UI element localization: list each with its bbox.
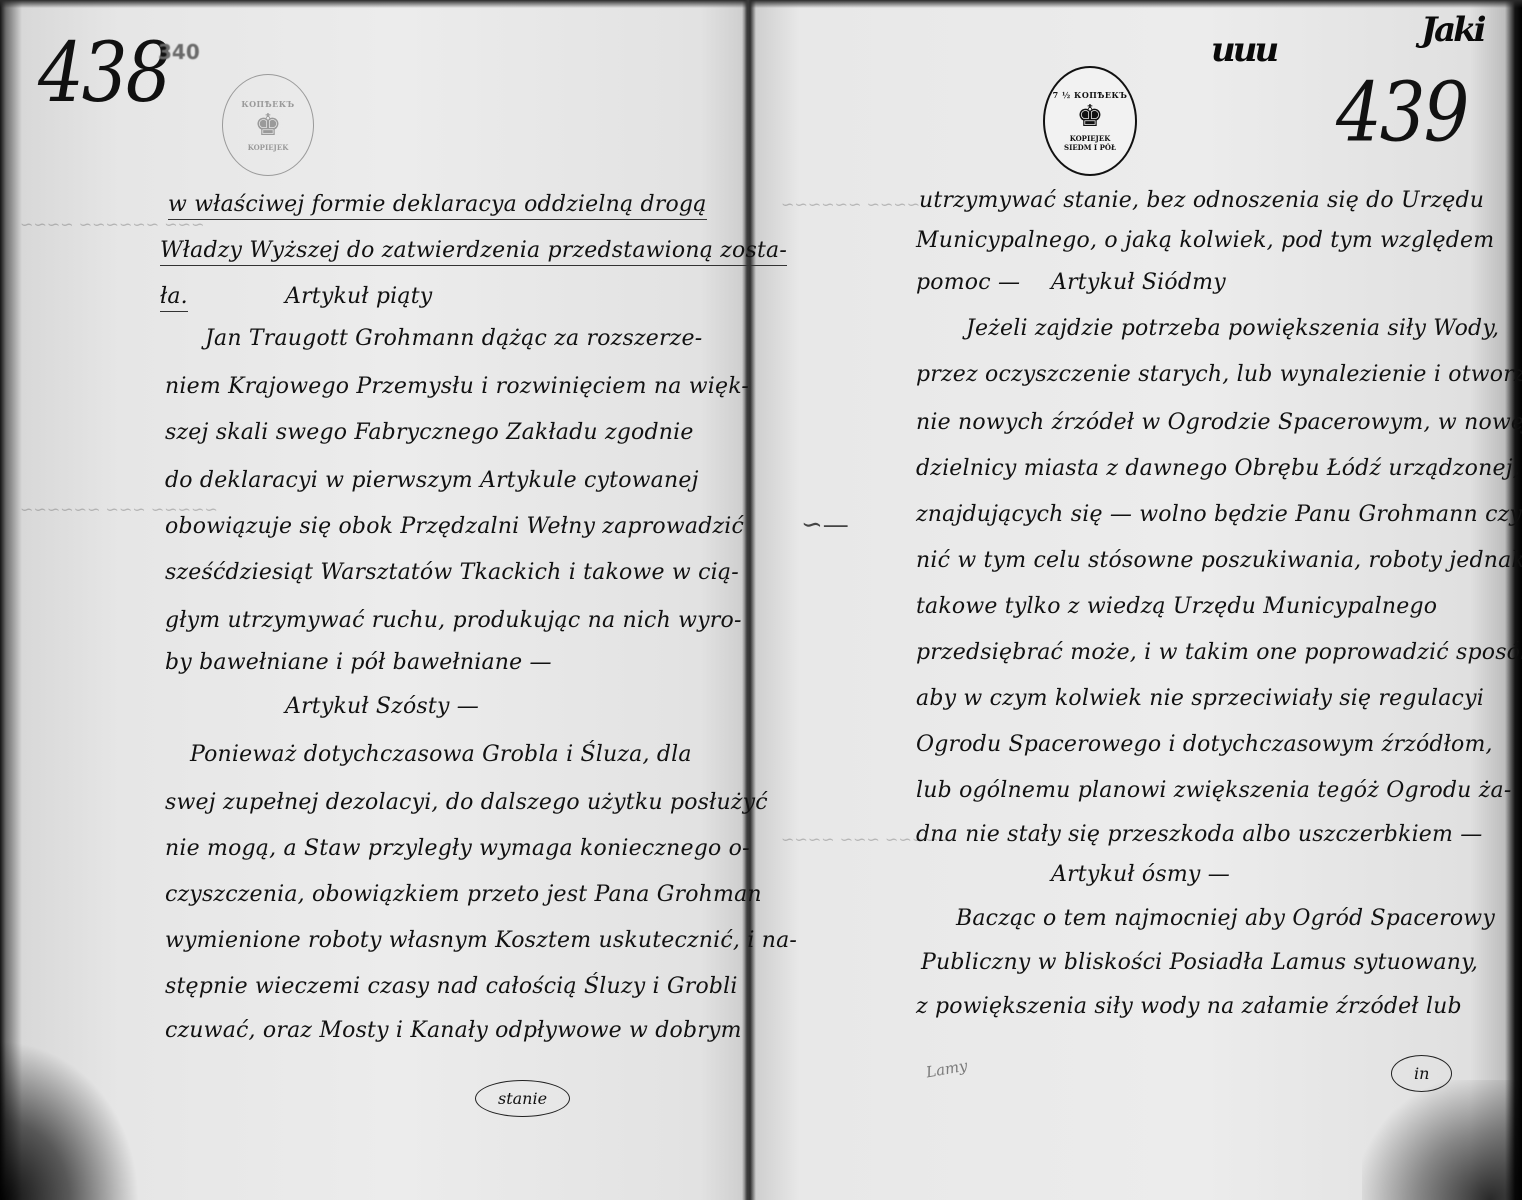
text-line: czuwać, oraz Mosty i Kanały odpływowe w … [165,1018,742,1043]
article-heading: Artykuł Szósty — [285,694,479,719]
text-line: szej skali swego Fabrycznego Zakładu zgo… [165,420,694,445]
text-line: Jan Traugott Grohmann dążąc za rozszerze… [205,326,702,351]
text-line: ła. [160,284,188,312]
text-line: lub ogólnemu planowi zwiększenia tegóż O… [916,778,1511,803]
text-line: z powiększenia siły wody na załamie źrzó… [916,994,1462,1019]
right-page: иии Jaki 439 7 ½ КОПѢЕКЪ ♚ KOPIEJEK SIED… [751,0,1522,1200]
text-line: nie nowych źrzódeł w Ogrodzie Spacerowym… [916,410,1522,435]
article-heading: Artykuł Siódmy [1051,270,1226,295]
text-line: czyszczenia, obowiązkiem przeto jest Pan… [165,882,762,907]
text-line: Publiczny w bliskości Posiadła Lamus syt… [921,950,1478,975]
text-line: swej zupełnej dezolacyi, do dalszego uży… [165,790,768,815]
manuscript-spread: 438 340 КОПѢЕКЪ ♚ KOPIEJEK ~~~ ~~~~~~ ~~… [0,0,1522,1200]
text-line: Ponieważ dotychczasowa Grobla i Śluza, d… [190,742,692,767]
text-line: wymienione roboty własnym Kosztem uskute… [165,928,797,953]
text-line: pomoc — [916,270,1020,295]
text-line: przez oczyszczenie starych, lub wynalezi… [916,362,1522,387]
text-line: niem Krajowego Przemysłu i rozwinięciem … [165,374,749,399]
text-line: znajdujących się — wolno będzie Panu Gro… [916,502,1522,527]
text-line: stępnie wieczemi czasy nad całością Śluz… [165,974,738,999]
text-line: głym utrzymywać ruchu, produkując na nic… [165,608,742,633]
right-page-text: utrzymywać stanie, bez odnoszenia się do… [751,0,1522,1200]
scan-shadow [0,1040,140,1200]
text-line: dna nie stały się przeszkoda albo uszcze… [916,822,1482,847]
text-line: przedsiębrać może, i w takim one poprowa… [916,640,1522,665]
left-page: 438 340 КОПѢЕКЪ ♚ KOPIEJEK ~~~ ~~~~~~ ~~… [0,0,745,1200]
text-line: w właściwej formie deklaracya oddzielną … [168,192,707,220]
text-line: Ogrodu Spacerowego i dotychczasowym źrzó… [916,732,1493,757]
text-line: nie mogą, a Staw przyległy wymaga koniec… [165,836,750,861]
article-heading: Artykuł ósmy — [1051,862,1230,887]
text-line: Jeżeli zajdzie potrzeba powiększenia sił… [966,316,1499,341]
text-line: dzielnicy miasta z dawnego Obrębu Łódź u… [916,456,1520,481]
catchword-left: stanie [475,1080,570,1117]
text-line: Władzy Wyższej do zatwierdzenia przedsta… [160,238,787,266]
text-line: Municypalnego, o jaką kolwiek, pod tym w… [916,228,1494,253]
text-line: utrzymywać stanie, bez odnoszenia się do… [919,188,1484,213]
article-heading: Artykuł piąty [285,284,432,309]
text-line: takowe tylko z wiedzą Urzędu Municypalne… [916,594,1437,619]
text-line: do deklaracyi w pierwszym Artykule cytow… [165,468,699,493]
text-line: Bacząc o tem najmocniej aby Ogród Spacer… [956,906,1495,931]
text-line: obowiązuje się obok Przędzalni Wełny zap… [165,514,744,539]
left-page-text: w właściwej formie deklaracya oddzielną … [0,0,745,1200]
text-line: by bawełniane i pół bawełniane — [165,650,552,675]
text-line: sześćdziesiąt Warsztatów Tkackich i tako… [165,560,739,585]
text-line: aby w czym kolwiek nie sprzeciwiały się … [916,686,1484,711]
text-line: nić w tym celu stósowne poszukiwania, ro… [916,548,1522,573]
scan-shadow [1362,1080,1522,1200]
